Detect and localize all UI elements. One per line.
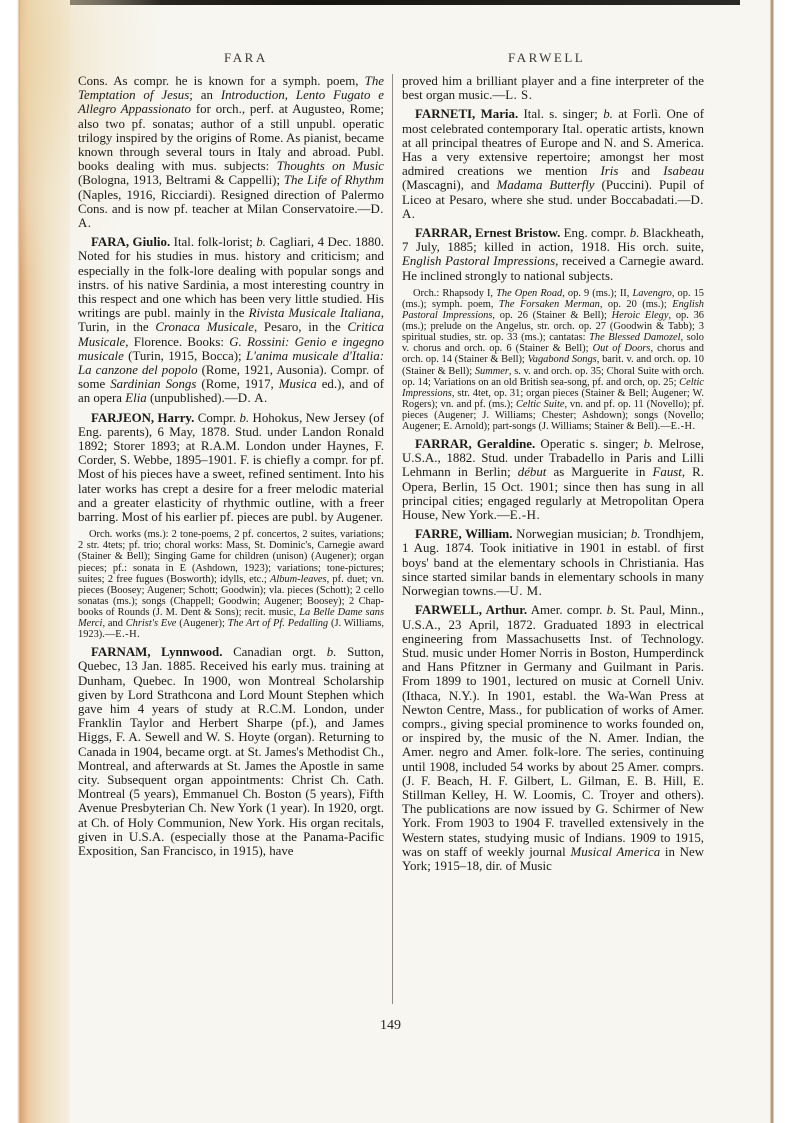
work-title: Sardinian Songs [110,377,196,391]
text: (Naples, 1916, Ricciardi). Resigned dire… [78,188,384,216]
text: ; an [189,88,221,102]
journal-title: Musical America [570,845,660,859]
text: Eng. compr. [560,226,629,240]
headword: FARA, Giulio. [91,235,170,249]
text: (Augener); [176,618,227,629]
author-signature: E.-H. [115,629,140,640]
born-abbrev: b. [603,107,613,121]
text: , op. 9 (ms.); II, [562,288,632,299]
text: Canadian orgt. [222,645,326,659]
headword: FARNETI, Maria. [415,107,518,121]
work-title: Summer [475,366,509,377]
work-title: The Blessed Damozel [589,332,680,343]
entry-farwell-arthur: FARWELL, Arthur. Amer. compr. b. St. Pau… [402,603,704,873]
right-column: proved him a brilliant player and a fine… [402,74,704,878]
headword: FARRAR, Geraldine. [415,437,535,451]
work-title: Heroic Elegy [612,310,669,321]
text: (Turin, 1915, Bocca); [124,349,246,363]
work-title: Faust [653,465,682,479]
entry-farjeon-harry: FARJEON, Harry. Compr. b. Hohokus, New J… [78,411,384,525]
work-title: Isabeau [663,164,704,178]
work-title: Vagabond Songs [528,354,597,365]
born-abbrev: b. [256,235,266,249]
entry-continuation: proved him a brilliant player and a fine… [402,74,704,102]
running-head-left: FARA [224,50,268,66]
text: (unpublished).— [147,391,238,405]
dictionary-page: FARA FARWELL Cons. As compr. he is known… [0,0,794,1123]
text: , op. 26 (Stainer & Bell); [492,310,611,321]
journal-title: Musica [279,377,317,391]
author-signature: D. A. [238,391,268,405]
book-title: The Art of Pf. Pedalling [228,618,328,629]
text: St. Paul, Minn., U.S.A., 23 April, 1872.… [402,603,704,858]
text: , Florence. Books: [125,335,229,349]
text: Ital. folk-lorist; [170,235,256,249]
book-title: The Life of Rhythm [284,173,384,187]
work-title: Celtic Suite [516,399,564,410]
entry-farrar-geraldine: FARRAR, Geraldine. Operatic s. singer; b… [402,437,704,522]
text: (Bologna, 1913, Beltrami & Cappelli); [78,173,284,187]
entry-farrar-ernest: FARRAR, Ernest Bristow. Eng. compr. b. B… [402,226,704,283]
born-abbrev: b. [644,437,654,451]
text: (Mascagni), and [402,178,497,192]
works-list-farjeon: Orch. works (ms.): 2 tone-poems, 2 pf. c… [78,529,384,640]
born-abbrev: b. [607,603,617,617]
entry-farre-william: FARRE, William. Norwegian musician; b. T… [402,527,704,598]
headword: FARRE, William. [415,527,512,541]
works-list-farrar: Orch.: Rhapsody I, The Open Road, op. 9 … [402,288,704,432]
work-title: Iris [600,164,618,178]
journal-title: Cronaca Musicale [155,320,254,334]
author-signature: E.-H. [671,421,696,432]
foreign-term: début [518,465,547,479]
author-signature: U. M. [509,584,542,598]
page-number: 149 [380,1018,401,1034]
born-abbrev: b. [630,226,640,240]
born-abbrev: b. [631,527,641,541]
text: Hohokus, New Jersey (of Eng. parents), 6… [78,411,384,524]
entry-fara-giulio: FARA, Giulio. Ital. folk-lorist; b. Cagl… [78,235,384,405]
author-signature: E.-H. [510,508,540,522]
text: Orch.: Rhapsody I, [413,288,496,299]
book-title: Thoughts on Music [277,159,384,173]
text: proved him a brilliant player and a fine… [402,74,704,102]
text: , and [102,618,125,629]
headword: FARRAR, Ernest Bristow. [415,226,560,240]
text: Norwegian musician; [512,527,630,541]
work-title: Album-leaves [270,574,327,585]
work-title: Lavengro [632,288,671,299]
work-title: Elia [125,391,146,405]
work-title: The Open Road [496,288,562,299]
text: Operatic s. singer; [535,437,643,451]
column-divider [392,74,393,1004]
entry-farneti-maria: FARNETI, Maria. Ital. s. singer; b. at F… [402,107,704,221]
headword: FARJEON, Harry. [91,411,194,425]
work-title: English Pastoral Impressions [402,254,555,268]
text: Sutton, Quebec, 13 Jan. 1885. Received h… [78,645,384,858]
text: , Pesaro, in the [254,320,347,334]
text: Amer. compr. [527,603,607,617]
text: Compr. [194,411,239,425]
work-title: Madama Butterfly [497,178,595,192]
text: Ital. s. singer; [518,107,603,121]
text: (Rome, 1917, [196,377,278,391]
text: , op. 20 (ms.); [600,299,672,310]
entry-continuation: Cons. As compr. he is known for a symph.… [78,74,384,230]
born-abbrev: b. [239,411,249,425]
work-title: Out of Doors [593,343,651,354]
headword: FARNAM, Lynnwood. [91,645,222,659]
text: as Marguerite in [546,465,652,479]
entry-farnam-lynnwood: FARNAM, Lynnwood. Canadian orgt. b. Sutt… [78,645,384,858]
work-title: Christ's Eve [126,618,177,629]
author-signature: L. S. [505,88,532,102]
left-column: Cons. As compr. he is known for a symph.… [78,74,384,863]
journal-title: Rivista Musicale Italiana [249,306,381,320]
work-title: The Forsaken Merman [499,299,600,310]
text: Cons. As compr. he is known for a symph.… [78,74,365,88]
running-head-right: FARWELL [508,50,585,66]
headword: FARWELL, Arthur. [415,603,527,617]
text: and [618,164,663,178]
